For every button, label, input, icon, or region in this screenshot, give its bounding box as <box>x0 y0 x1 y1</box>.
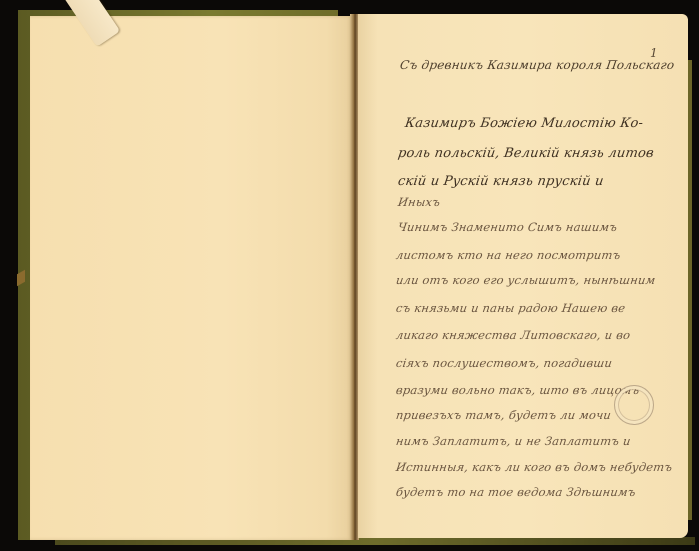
manuscript-line: вразуми вольно такъ, што въ лицомъ <box>395 383 640 397</box>
left-page-blank <box>30 16 352 540</box>
manuscript-line: Иныхъ <box>397 195 441 209</box>
manuscript-line: или отъ кого его услышитъ, нынѣшним <box>395 273 656 287</box>
manuscript-line: листомъ кто на него посмотритъ <box>395 248 622 262</box>
manuscript-line: сіяхъ послушествомъ, погадивши <box>395 356 613 370</box>
manuscript-line: Казимиръ Божіею Милостію Ко- <box>404 116 644 131</box>
library-stamp-icon <box>614 385 654 425</box>
manuscript-line: скій и Рускій князь прускій и <box>397 174 605 189</box>
manuscript-line: Истинныя, какъ ли кого въ домъ небудетъ <box>395 460 673 474</box>
photo-background: 1 Съ древникъ Казимира короля Польскаго … <box>0 0 699 551</box>
manuscript-line: будетъ то на тое ведома Здѣшнимъ <box>395 485 637 499</box>
manuscript-line: привезъхъ тамъ, будетъ ли мочи <box>395 408 612 422</box>
manuscript-line: нимъ Заплатитъ, и не Заплатитъ и <box>395 434 632 448</box>
manuscript-line: Чинимъ Знаменито Симъ нашимъ <box>397 220 618 234</box>
manuscript-line: роль польскій, Великій князь литов <box>397 146 655 161</box>
manuscript-line: ликаго княжества Литовскаго, и во <box>395 328 631 342</box>
manuscript-line: съ князьми и паны радою Нашею ве <box>395 301 626 315</box>
manuscript-title-line: Съ древникъ Казимира короля Польскаго <box>399 58 675 72</box>
